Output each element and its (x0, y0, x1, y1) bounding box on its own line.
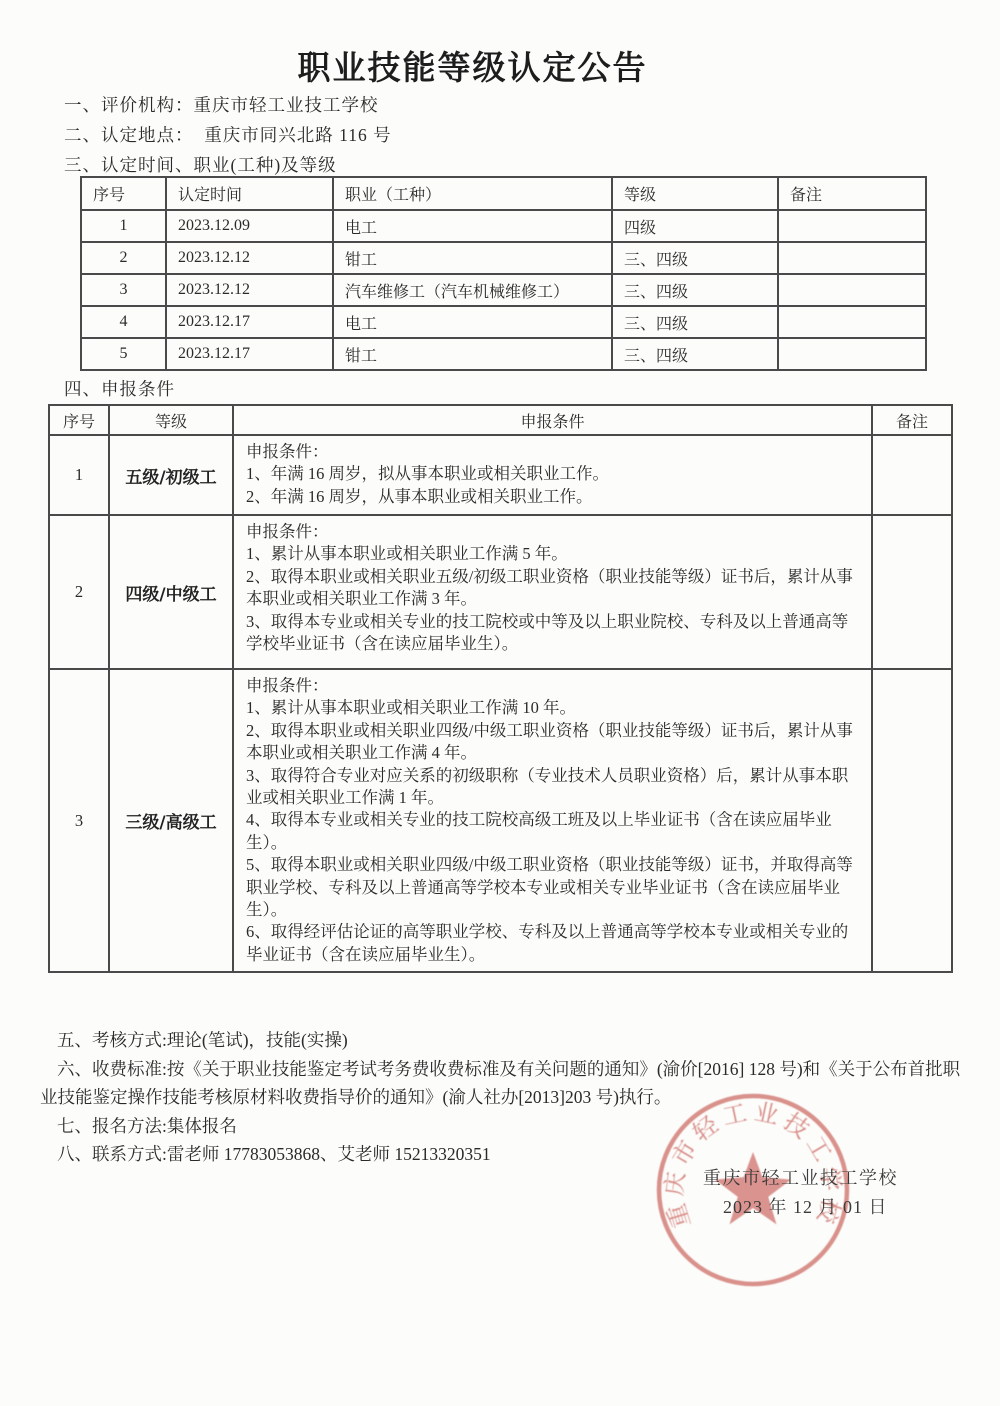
cell-remark (872, 669, 952, 972)
condition-line: 6、取得经评估论证的高等职业学校、专科及以上普通高等学校本专业或相关专业的毕业证… (246, 921, 857, 966)
condition-line: 2、取得本职业或相关职业四级/中级工职业资格（职业技能等级）证书后，累计从事本职… (246, 720, 857, 765)
cell-level: 五级/初级工 (109, 435, 233, 515)
signature-organization: 重庆市轻工业技工学校 (703, 1164, 898, 1190)
schedule-header-remark: 备注 (778, 177, 926, 210)
cell-level: 三、四级 (612, 274, 778, 306)
conditions-header-conditions: 申报条件 (233, 405, 872, 435)
condition-line: 1、累计从事本职业或相关职业工作满 5 年。 (246, 543, 857, 565)
cell-no: 4 (81, 306, 166, 338)
table-row: 3 三级/高级工 申报条件： 1、累计从事本职业或相关职业工作满 10 年。 2… (49, 669, 952, 972)
cell-level: 三、四级 (612, 338, 778, 370)
condition-line: 3、取得本专业或相关专业的技工院校或中等及以上职业院校、专科及以上普通高等学校毕… (246, 611, 857, 656)
table-row: 4 2023.12.17 电工 三、四级 (81, 306, 926, 338)
schedule-header-row: 序号 认定时间 职业（工种） 等级 备注 (81, 177, 926, 210)
condition-line: 2、取得本职业或相关职业五级/初级工职业资格（职业技能等级）证书后，累计从事本职… (246, 566, 857, 611)
cell-level: 四级/中级工 (109, 515, 233, 669)
cell-level: 三、四级 (612, 306, 778, 338)
cell-level: 三、四级 (612, 242, 778, 274)
cell-remark (778, 274, 926, 306)
note-assessment-method: 五、考核方式:理论(笔试)，技能(实操) (40, 1026, 962, 1055)
cell-occupation: 钳工 (333, 242, 612, 274)
conditions-table: 序号 等级 申报条件 备注 1 五级/初级工 申报条件： 1、年满 16 周岁，… (48, 404, 953, 973)
signature-date: 2023 年 12 月 01 日 (723, 1193, 888, 1219)
application-conditions-heading: 四、申报条件 (64, 376, 175, 401)
cell-conditions: 申报条件： 1、累计从事本职业或相关职业工作满 5 年。 2、取得本职业或相关职… (233, 515, 872, 669)
condition-line: 申报条件： (246, 441, 857, 463)
schedule-header-occupation: 职业（工种） (333, 177, 612, 210)
condition-line: 2、年满 16 周岁，从事本职业或相关职业工作。 (246, 486, 857, 508)
condition-line: 4、取得本专业或相关专业的技工院校高级工班及以上毕业证书（含在读应届毕业生）。 (246, 809, 857, 854)
cell-occupation: 汽车维修工（汽车机械维修工） (333, 274, 612, 306)
conditions-header-level: 等级 (109, 405, 233, 435)
cell-date: 2023.12.17 (166, 338, 333, 370)
cell-no: 3 (81, 274, 166, 306)
cell-date: 2023.12.17 (166, 306, 333, 338)
cell-occupation: 钳工 (333, 338, 612, 370)
cell-remark (778, 338, 926, 370)
cell-date: 2023.12.12 (166, 242, 333, 274)
cell-level: 三级/高级工 (109, 669, 233, 972)
condition-line: 1、累计从事本职业或相关职业工作满 10 年。 (246, 697, 857, 719)
condition-line: 申报条件： (246, 521, 857, 543)
cell-remark (778, 306, 926, 338)
schedule-header-no: 序号 (81, 177, 166, 210)
cell-no: 2 (49, 515, 109, 669)
cell-remark (778, 242, 926, 274)
cell-date: 2023.12.12 (166, 274, 333, 306)
intro-item-evaluating-agency: 一、评价机构：重庆市轻工业技工学校 (64, 92, 379, 117)
cell-occupation: 电工 (333, 306, 612, 338)
table-row: 2 四级/中级工 申报条件： 1、累计从事本职业或相关职业工作满 5 年。 2、… (49, 515, 952, 669)
cell-level: 四级 (612, 210, 778, 242)
cell-occupation: 电工 (333, 210, 612, 242)
table-row: 1 2023.12.09 电工 四级 (81, 210, 926, 242)
condition-line: 1、年满 16 周岁，拟从事本职业或相关职业工作。 (246, 463, 857, 485)
cell-no: 3 (49, 669, 109, 972)
table-row: 5 2023.12.17 钳工 三、四级 (81, 338, 926, 370)
table-row: 3 2023.12.12 汽车维修工（汽车机械维修工） 三、四级 (81, 274, 926, 306)
cell-remark (872, 435, 952, 515)
condition-line: 5、取得本职业或相关职业四级/中级工职业资格（职业技能等级）证书，并取得高等职业… (246, 854, 857, 921)
cell-remark (778, 210, 926, 242)
cell-remark (872, 515, 952, 669)
cell-conditions: 申报条件： 1、累计从事本职业或相关职业工作满 10 年。 2、取得本职业或相关… (233, 669, 872, 972)
conditions-header-remark: 备注 (872, 405, 952, 435)
schedule-header-date: 认定时间 (166, 177, 333, 210)
cell-no: 1 (49, 435, 109, 515)
cell-no: 5 (81, 338, 166, 370)
conditions-header-no: 序号 (49, 405, 109, 435)
condition-line: 3、取得符合专业对应关系的初级职称（专业技术人员职业资格）后，累计从事本职业或相… (246, 765, 857, 810)
condition-line: 申报条件： (246, 675, 857, 697)
schedule-header-level: 等级 (612, 177, 778, 210)
cell-no: 2 (81, 242, 166, 274)
table-row: 2 2023.12.12 钳工 三、四级 (81, 242, 926, 274)
cell-conditions: 申报条件： 1、年满 16 周岁，拟从事本职业或相关职业工作。 2、年满 16 … (233, 435, 872, 515)
document-title: 职业技能等级认定公告 (0, 42, 945, 89)
schedule-table: 序号 认定时间 职业（工种） 等级 备注 1 2023.12.09 电工 四级 … (80, 176, 927, 371)
table-row: 1 五级/初级工 申报条件： 1、年满 16 周岁，拟从事本职业或相关职业工作。… (49, 435, 952, 515)
scanned-announcement-page: 职业技能等级认定公告 一、评价机构：重庆市轻工业技工学校 二、认定地点： 重庆市… (0, 0, 1000, 1406)
intro-item-schedule-heading: 三、认定时间、职业(工种)及等级 (64, 152, 337, 177)
cell-no: 1 (81, 210, 166, 242)
cell-date: 2023.12.09 (166, 210, 333, 242)
conditions-header-row: 序号 等级 申报条件 备注 (49, 405, 952, 435)
intro-item-location: 二、认定地点： 重庆市同兴北路 116 号 (64, 122, 392, 147)
official-seal-stamp: 重庆市轻工业技工学校 (653, 1090, 853, 1290)
